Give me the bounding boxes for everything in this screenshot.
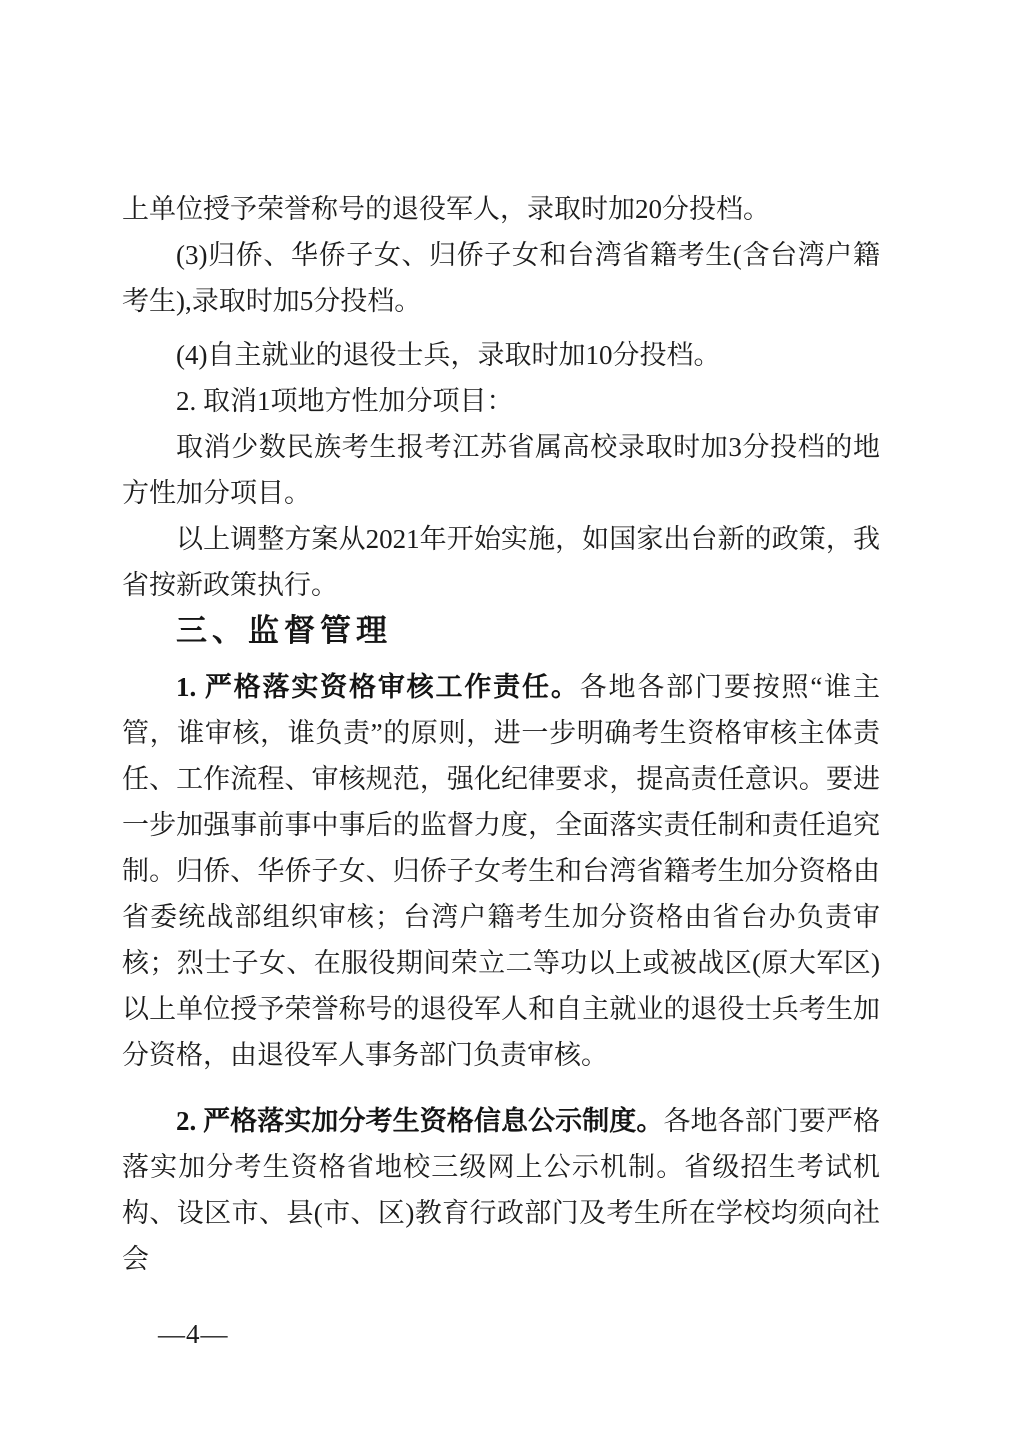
body-paragraph-implementation: 以上调整方案从2021年开始实施，如国家出台新的政策，我省按新政策执行。 <box>122 516 880 608</box>
section-heading: 三、监督管理 <box>176 608 880 654</box>
body-paragraph-audit-responsibility: 1. 严格落实资格审核工作责任。各地各部门要按照“谁主管，谁审核，谁负责”的原则… <box>122 664 880 1078</box>
page-number: —4— <box>158 1318 229 1350</box>
paragraph-body-text: 各地各部门要按照“谁主管，谁审核，谁负责”的原则，进一步明确考生资格审核主体责任… <box>122 672 880 1070</box>
document-page: 上单位授予荣誉称号的退役军人，录取时加20分投档。 (3)归侨、华侨子女、归侨子… <box>0 0 1024 1446</box>
body-paragraph-continuation: 上单位授予荣誉称号的退役军人，录取时加20分投档。 <box>122 186 880 232</box>
body-paragraph-cancel-local-item: 2. 取消1项地方性加分项目： <box>122 378 880 424</box>
paragraph-lead-bold: 2. 严格落实加分考生资格信息公示制度。 <box>176 1106 663 1136</box>
body-paragraph-publicity-system: 2. 严格落实加分考生资格信息公示制度。各地各部门要严格落实加分考生资格省地校三… <box>122 1098 880 1282</box>
body-paragraph-item-3: (3)归侨、华侨子女、归侨子女和台湾省籍考生(含台湾户籍考生),录取时加5分投档… <box>122 232 880 324</box>
body-paragraph-item-4: (4)自主就业的退役士兵，录取时加10分投档。 <box>122 332 880 378</box>
paragraph-lead-bold: 1. 严格落实资格审核工作责任。 <box>176 672 580 702</box>
document-body: 上单位授予荣誉称号的退役军人，录取时加20分投档。 (3)归侨、华侨子女、归侨子… <box>122 186 880 1282</box>
body-paragraph-cancel-detail: 取消少数民族考生报考江苏省属高校录取时加3分投档的地方性加分项目。 <box>122 424 880 516</box>
